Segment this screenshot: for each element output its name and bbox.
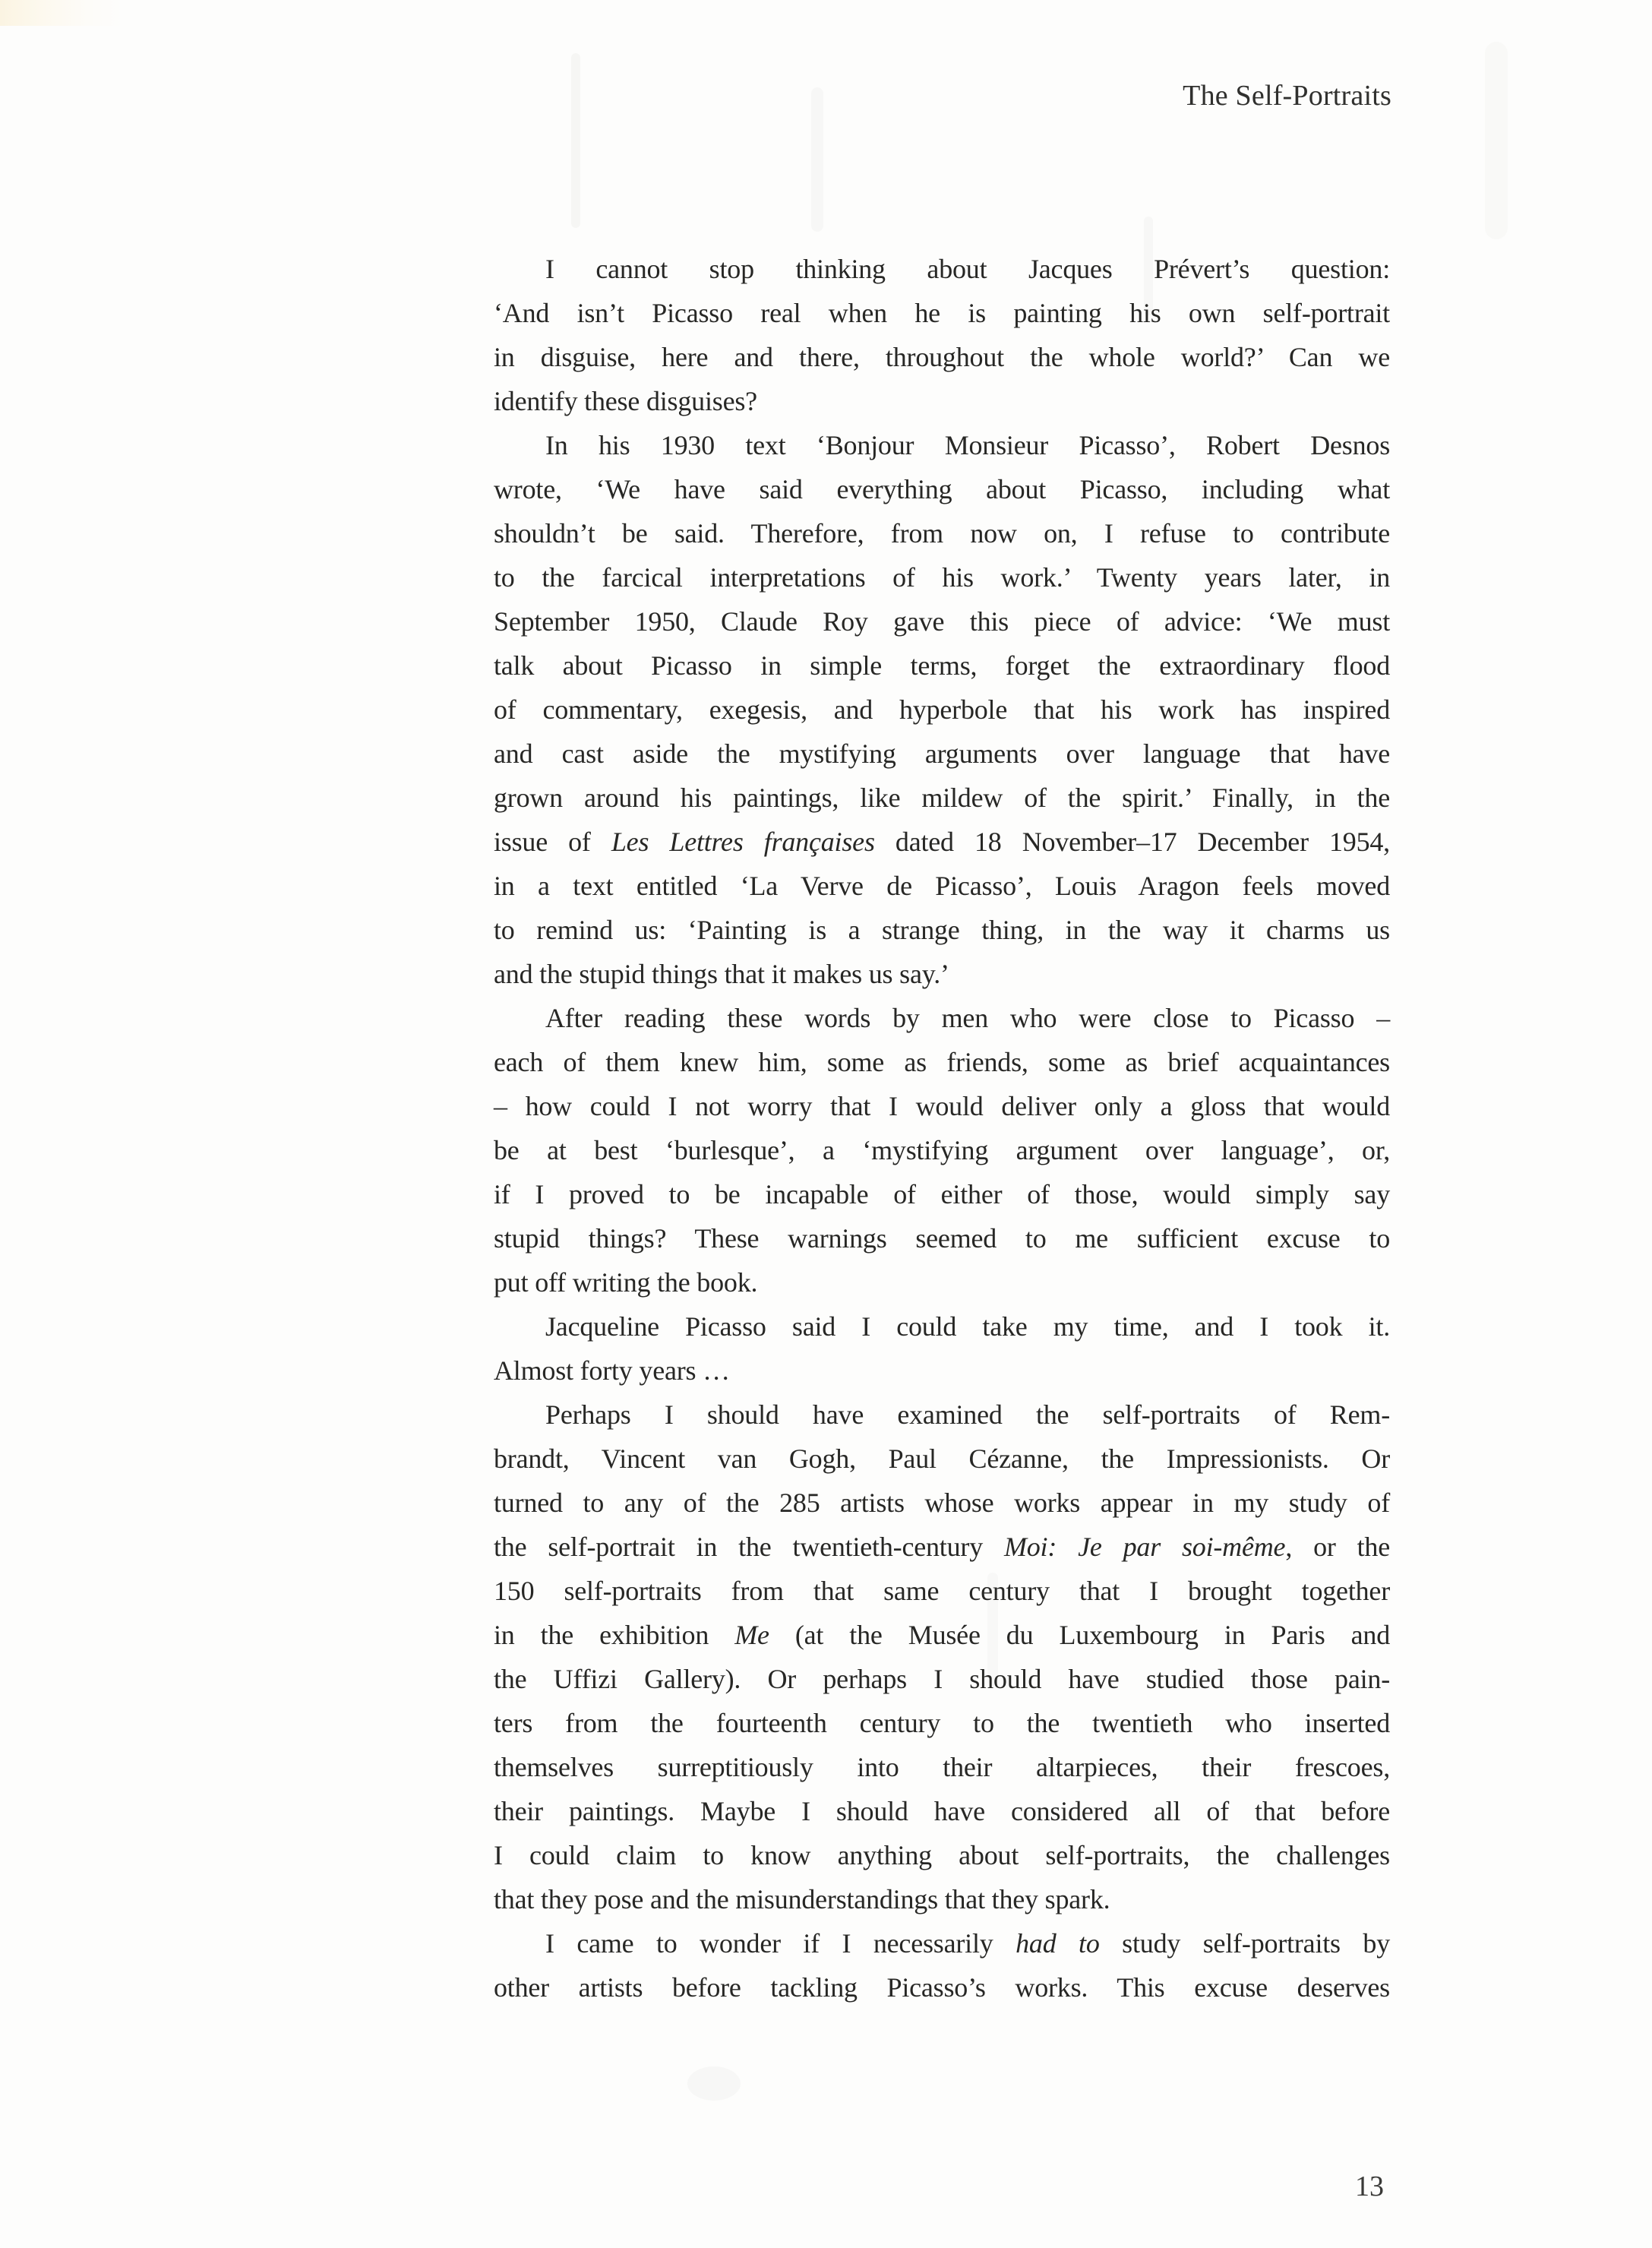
text-line: other artists before tackling Picasso’s … xyxy=(494,1965,1390,2009)
text-line: in a text entitled ‘La Verve de Picasso’… xyxy=(494,864,1390,908)
text-segment: put off writing the book. xyxy=(494,1267,757,1298)
italic-text: Moi: Je par soi-même xyxy=(1004,1532,1285,1562)
scan-smudge xyxy=(687,2066,741,2101)
text-segment: and the stupid things that it makes us s… xyxy=(494,959,949,989)
text-line: Almost forty years … xyxy=(494,1348,1390,1393)
text-segment: to remind us: ‘Painting is a strange thi… xyxy=(494,915,1390,945)
text-line: I came to wonder if I necessarily had to… xyxy=(494,1921,1390,1965)
text-line: issue of Les Lettres françaises dated 18… xyxy=(494,820,1390,864)
text-line: and the stupid things that it makes us s… xyxy=(494,952,1390,996)
text-line: stupid things? These warnings seemed to … xyxy=(494,1216,1390,1260)
text-segment: and cast aside the mystifying arguments … xyxy=(494,738,1390,769)
text-segment: themselves surreptitiously into their al… xyxy=(494,1752,1390,1782)
text-segment: dated 18 November–17 December 1954, xyxy=(875,827,1390,857)
text-segment: Perhaps I should have examined the self-… xyxy=(545,1399,1390,1430)
text-line: put off writing the book. xyxy=(494,1260,1390,1304)
text-segment: brandt, Vincent van Gogh, Paul Cézanne, … xyxy=(494,1443,1390,1474)
text-line: brandt, Vincent van Gogh, Paul Cézanne, … xyxy=(494,1437,1390,1481)
text-segment: their paintings. Maybe I should have con… xyxy=(494,1796,1390,1826)
text-segment: September 1950, Claude Roy gave this pie… xyxy=(494,606,1390,637)
text-segment: ters from the fourteenth century to the … xyxy=(494,1708,1390,1738)
text-line: identify these disguises? xyxy=(494,379,1390,423)
scan-corner-tint xyxy=(0,0,125,26)
text-segment: in disguise, here and there, throughout … xyxy=(494,342,1390,372)
text-line: shouldn’t be said. Therefore, from now o… xyxy=(494,511,1390,555)
page-number: 13 xyxy=(1355,2170,1384,2203)
text-line: wrote, ‘We have said everything about Pi… xyxy=(494,467,1390,511)
text-segment: be at best ‘burlesque’, a ‘mystifying ar… xyxy=(494,1135,1390,1165)
text-line: if I proved to be incapable of either of… xyxy=(494,1172,1390,1216)
text-segment: that they pose and the misunderstandings… xyxy=(494,1884,1110,1914)
text-segment: of commentary, exegesis, and hyperbole t… xyxy=(494,694,1390,725)
text-line: to remind us: ‘Painting is a strange thi… xyxy=(494,908,1390,952)
text-line: each of them knew him, some as friends, … xyxy=(494,1040,1390,1084)
text-line: turned to any of the 285 artists whose w… xyxy=(494,1481,1390,1525)
text-line: themselves surreptitiously into their al… xyxy=(494,1745,1390,1789)
text-line: In his 1930 text ‘Bonjour Monsieur Picas… xyxy=(494,423,1390,467)
text-segment: talk about Picasso in simple terms, forg… xyxy=(494,650,1390,681)
text-segment: identify these disguises? xyxy=(494,386,757,416)
text-segment: wrote, ‘We have said everything about Pi… xyxy=(494,474,1390,504)
scan-streak xyxy=(811,87,823,232)
text-segment: I came to wonder if I necessarily xyxy=(545,1928,1016,1959)
text-line: I cannot stop thinking about Jacques Pré… xyxy=(494,247,1390,291)
text-segment: grown around his paintings, like mildew … xyxy=(494,783,1390,813)
text-segment: each of them knew him, some as friends, … xyxy=(494,1047,1390,1077)
text-segment: shouldn’t be said. Therefore, from now o… xyxy=(494,518,1390,549)
text-line: ‘And isn’t Picasso real when he is paint… xyxy=(494,291,1390,335)
text-line: be at best ‘burlesque’, a ‘mystifying ar… xyxy=(494,1128,1390,1172)
text-segment: the Uffizi Gallery). Or perhaps I should… xyxy=(494,1664,1390,1694)
text-segment: to the farcical interpretations of his w… xyxy=(494,562,1390,593)
text-segment: study self-portraits by xyxy=(1100,1928,1390,1959)
text-line: Perhaps I should have examined the self-… xyxy=(494,1393,1390,1437)
text-segment: stupid things? These warnings seemed to … xyxy=(494,1223,1390,1254)
scan-smudge xyxy=(1485,42,1508,239)
text-line: ters from the fourteenth century to the … xyxy=(494,1701,1390,1745)
text-line: grown around his paintings, like mildew … xyxy=(494,776,1390,820)
text-segment: – how could I not worry that I would del… xyxy=(494,1091,1390,1121)
italic-text: Me xyxy=(734,1620,769,1650)
italic-text: had to xyxy=(1016,1928,1100,1959)
text-line: in disguise, here and there, throughout … xyxy=(494,335,1390,379)
book-page: The Self-Portraits I cannot stop thinkin… xyxy=(0,0,1652,2248)
scan-streak xyxy=(571,53,580,228)
running-head: The Self-Portraits xyxy=(1183,79,1391,112)
text-segment: ‘And isn’t Picasso real when he is paint… xyxy=(494,298,1390,328)
text-segment: I could claim to know anything about sel… xyxy=(494,1840,1390,1870)
text-line: I could claim to know anything about sel… xyxy=(494,1833,1390,1877)
text-line: September 1950, Claude Roy gave this pie… xyxy=(494,599,1390,643)
text-segment: After reading these words by men who wer… xyxy=(545,1003,1390,1033)
italic-text: Les Lettres françaises xyxy=(611,827,875,857)
text-line: their paintings. Maybe I should have con… xyxy=(494,1789,1390,1833)
text-segment: (at the Musée du Luxembourg in Paris and xyxy=(769,1620,1390,1650)
text-block: I cannot stop thinking about Jacques Pré… xyxy=(494,247,1390,2009)
text-segment: if I proved to be incapable of either of… xyxy=(494,1179,1390,1209)
text-line: Jacqueline Picasso said I could take my … xyxy=(494,1304,1390,1348)
text-segment: , or the xyxy=(1285,1532,1390,1562)
text-line: of commentary, exegesis, and hyperbole t… xyxy=(494,688,1390,732)
text-line: in the exhibition Me (at the Musée du Lu… xyxy=(494,1613,1390,1657)
text-line: – how could I not worry that I would del… xyxy=(494,1084,1390,1128)
text-segment: turned to any of the 285 artists whose w… xyxy=(494,1488,1390,1518)
text-line: the self-portrait in the twentieth-centu… xyxy=(494,1525,1390,1569)
text-line: the Uffizi Gallery). Or perhaps I should… xyxy=(494,1657,1390,1701)
text-line: that they pose and the misunderstandings… xyxy=(494,1877,1390,1921)
text-segment: Almost forty years … xyxy=(494,1355,730,1386)
text-segment: in a text entitled ‘La Verve de Picasso’… xyxy=(494,871,1390,901)
text-segment: in the exhibition xyxy=(494,1620,734,1650)
text-segment: 150 self-portraits from that same centur… xyxy=(494,1576,1390,1606)
text-line: talk about Picasso in simple terms, forg… xyxy=(494,643,1390,688)
text-line: and cast aside the mystifying arguments … xyxy=(494,732,1390,776)
text-line: to the farcical interpretations of his w… xyxy=(494,555,1390,599)
text-segment: other artists before tackling Picasso’s … xyxy=(494,1972,1390,2003)
text-segment: Jacqueline Picasso said I could take my … xyxy=(545,1311,1390,1342)
text-segment: I cannot stop thinking about Jacques Pré… xyxy=(545,254,1390,284)
text-segment: In his 1930 text ‘Bonjour Monsieur Picas… xyxy=(545,430,1390,460)
text-segment: issue of xyxy=(494,827,611,857)
text-line: 150 self-portraits from that same centur… xyxy=(494,1569,1390,1613)
text-line: After reading these words by men who wer… xyxy=(494,996,1390,1040)
text-segment: the self-portrait in the twentieth-centu… xyxy=(494,1532,1004,1562)
